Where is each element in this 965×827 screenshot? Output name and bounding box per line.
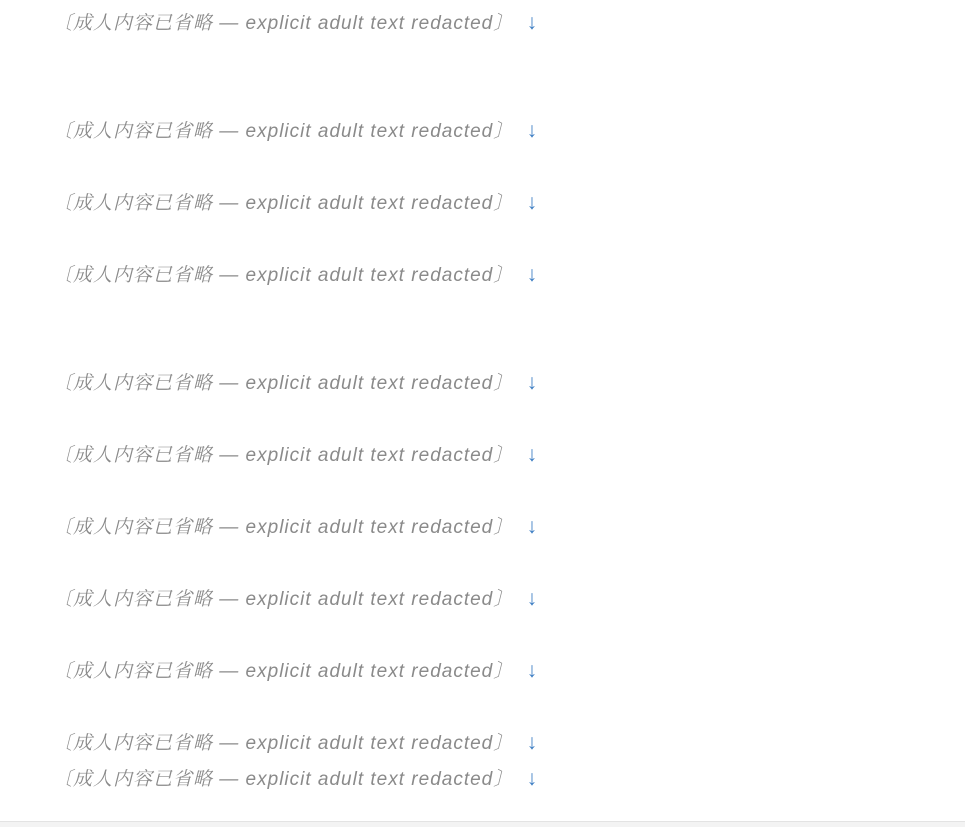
paragraph: 〔成人内容已省略 — explicit adult text redacted〕… bbox=[7, 651, 959, 723]
paragraph-end-mark-icon: ↓ bbox=[521, 443, 538, 466]
paragraph: 〔成人内容已省略 — explicit adult text redacted〕… bbox=[7, 759, 959, 827]
paragraph: 〔成人内容已省略 — explicit adult text redacted〕… bbox=[7, 111, 959, 183]
paragraph-text: 〔成人内容已省略 — explicit adult text redacted〕 bbox=[53, 373, 513, 394]
paragraph-text: 〔成人内容已省略 — explicit adult text redacted〕 bbox=[53, 769, 513, 790]
paragraph-text: 〔成人内容已省略 — explicit adult text redacted〕 bbox=[53, 733, 513, 754]
paragraph-text: 〔成人内容已省略 — explicit adult text redacted〕 bbox=[53, 661, 513, 682]
paragraph-end-mark-icon: ↓ bbox=[521, 11, 538, 34]
paragraph: 〔成人内容已省略 — explicit adult text redacted〕… bbox=[7, 507, 959, 579]
document-page: 〔成人内容已省略 — explicit adult text redacted〕… bbox=[0, 0, 965, 827]
paragraph-text: 〔成人内容已省略 — explicit adult text redacted〕 bbox=[53, 13, 513, 34]
horizontal-scrollbar-track[interactable] bbox=[0, 821, 965, 827]
paragraph: 〔成人内容已省略 — explicit adult text redacted〕… bbox=[7, 3, 959, 111]
paragraph-end-mark-icon: ↓ bbox=[521, 263, 538, 286]
paragraph-text: 〔成人内容已省略 — explicit adult text redacted〕 bbox=[53, 193, 513, 214]
paragraph-text: 〔成人内容已省略 — explicit adult text redacted〕 bbox=[53, 517, 513, 538]
paragraph-text: 〔成人内容已省略 — explicit adult text redacted〕 bbox=[53, 589, 513, 610]
paragraph-end-mark-icon: ↓ bbox=[521, 515, 538, 538]
paragraph-end-mark-icon: ↓ bbox=[521, 119, 538, 142]
paragraph: 〔成人内容已省略 — explicit adult text redacted〕… bbox=[7, 363, 959, 435]
paragraph-end-mark-icon: ↓ bbox=[521, 587, 538, 610]
paragraph-end-mark-icon: ↓ bbox=[521, 731, 538, 754]
paragraph-text: 〔成人内容已省略 — explicit adult text redacted〕 bbox=[53, 121, 513, 142]
paragraph: 〔成人内容已省略 — explicit adult text redacted〕… bbox=[7, 255, 959, 363]
paragraph-end-mark-icon: ↓ bbox=[521, 767, 538, 790]
paragraph-end-mark-icon: ↓ bbox=[521, 659, 538, 682]
paragraph-end-mark-icon: ↓ bbox=[521, 191, 538, 214]
paragraph: 〔成人内容已省略 — explicit adult text redacted〕… bbox=[7, 435, 959, 507]
paragraph-text: 〔成人内容已省略 — explicit adult text redacted〕 bbox=[53, 265, 513, 286]
paragraph-end-mark-icon: ↓ bbox=[521, 371, 538, 394]
paragraph: 〔成人内容已省略 — explicit adult text redacted〕… bbox=[7, 183, 959, 255]
document-window: 〔成人内容已省略 — explicit adult text redacted〕… bbox=[0, 0, 965, 827]
paragraph: 〔成人内容已省略 — explicit adult text redacted〕… bbox=[7, 723, 959, 759]
paragraph-text: 〔成人内容已省略 — explicit adult text redacted〕 bbox=[53, 445, 513, 466]
paragraph: 〔成人内容已省略 — explicit adult text redacted〕… bbox=[7, 579, 959, 651]
